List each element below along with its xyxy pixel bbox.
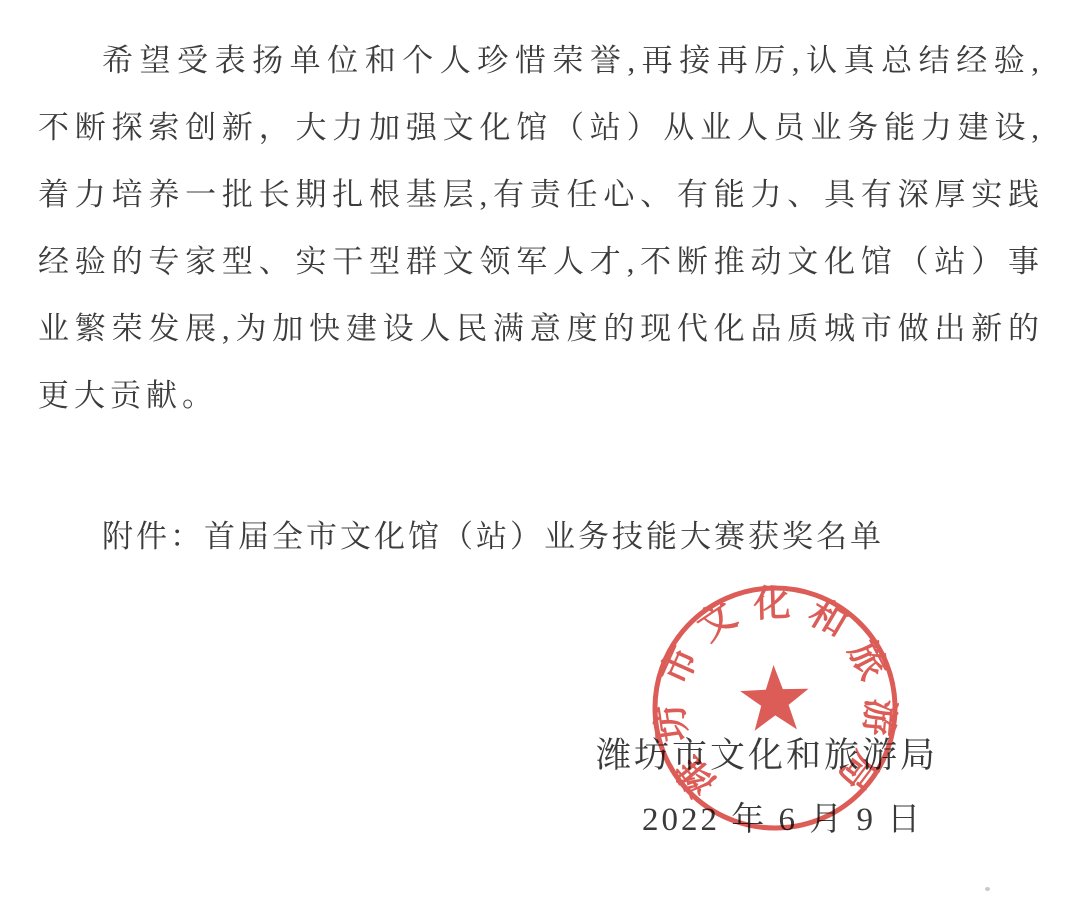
- body-line-3: 着力培养一批长期扎根基层,有责任心、有能力、具有深厚实践: [38, 161, 1040, 228]
- seal-ring: [651, 584, 899, 832]
- attachment-line: 附件：首届全市文化馆（站）业务技能大赛获奖名单: [102, 503, 884, 570]
- body-line-5: 业繁荣发展,为加快建设人民满意度的现代化品质城市做出新的: [38, 295, 1040, 362]
- seal-star-icon: [739, 664, 810, 731]
- body-line-2: 不断探索创新，大力加强文化馆（站）从业人员业务能力建设,: [38, 94, 1040, 161]
- body-line-4: 经验的专家型、实干型群文领军人才,不断推动文化馆（站）事: [38, 228, 1040, 295]
- body-line-6: 更大贡献。: [38, 362, 1040, 429]
- body-line-1: 希望受表扬单位和个人珍惜荣誉,再接再厉,认真总结经验,: [38, 27, 1040, 94]
- notice-body: 希望受表扬单位和个人珍惜荣誉,再接再厉,认真总结经验, 不断探索创新，大力加强文…: [38, 27, 1040, 429]
- scanned-notice-page: 希望受表扬单位和个人珍惜荣誉,再接再厉,认真总结经验, 不断探索创新，大力加强文…: [0, 0, 1080, 908]
- scan-artifact-speck: [985, 887, 990, 891]
- signature-date: 2022 年 6 月 9 日: [642, 799, 923, 841]
- signature-org: 潍坊市文化和旅游局: [596, 735, 938, 777]
